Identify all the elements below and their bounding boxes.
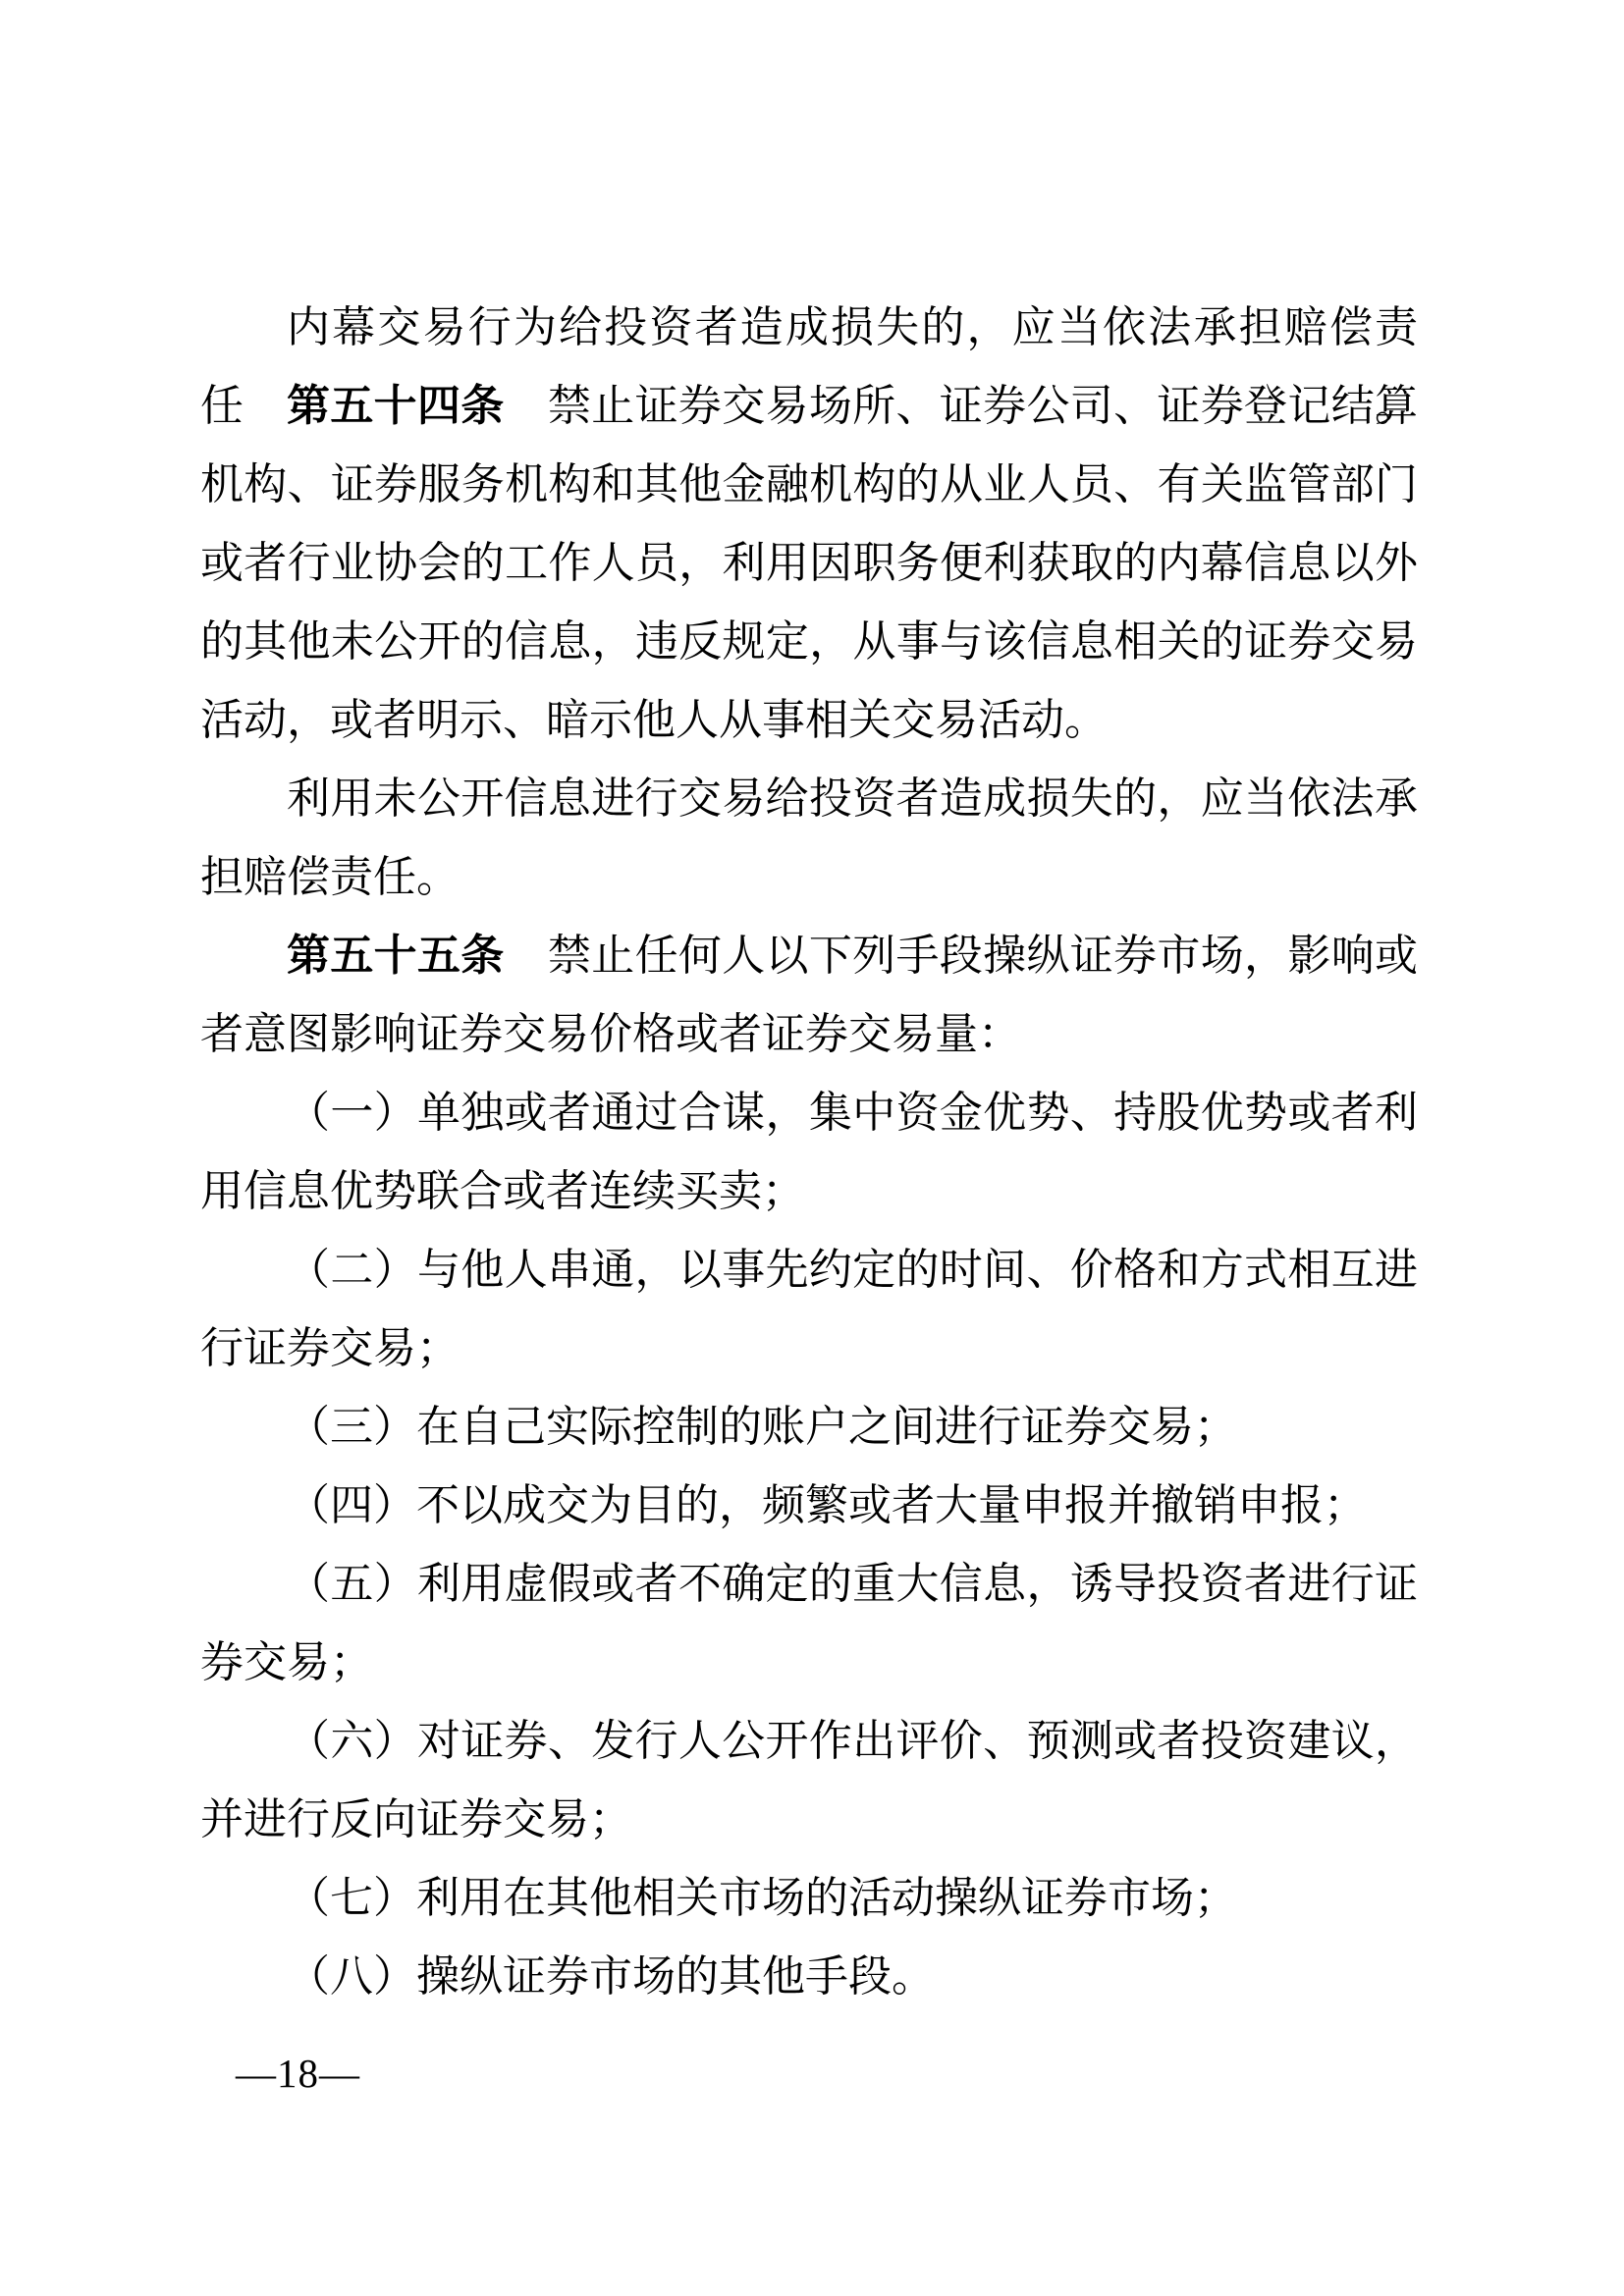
text-run: （二）与他人串通，以事先约定的时间、价格和方式相互进	[287, 1246, 1418, 1294]
text-run: 或者行业协会的工作人员，利用因职务便利获取的内幕信息以外	[200, 539, 1418, 587]
text-line: 用信息优势联合或者连续买卖；	[200, 1152, 1418, 1231]
text-run: 的其他未公开的信息，违反规定，从事与该信息相关的证券交易	[200, 617, 1418, 666]
text-line: 或者行业协会的工作人员，利用因职务便利获取的内幕信息以外	[200, 524, 1418, 603]
text-run: 利用未公开信息进行交易给投资者造成损失的，应当依法承	[287, 774, 1418, 823]
text-run: 机构、证券服务机构和其他金融机构的从业人员、有关监管部门	[200, 460, 1418, 508]
text-run: （三）在自己实际控制的账户之间进行证券交易；	[287, 1403, 1237, 1451]
text-line: （八）操纵证券市场的其他手段。	[200, 1938, 1418, 2016]
article-number: 第五十四条	[287, 382, 505, 430]
text-run: 担赔偿责任。	[200, 853, 460, 901]
text-line: 券交易；	[200, 1624, 1418, 1702]
text-run: （一）单独或者通过合谋，集中资金优势、持股优势或者利	[287, 1089, 1418, 1137]
text-line: （二）与他人串通，以事先约定的时间、价格和方式相互进	[200, 1231, 1418, 1309]
text-run: （五）利用虚假或者不确定的重大信息，诱导投资者进行证	[287, 1560, 1418, 1608]
text-run: （七）利用在其他相关市场的活动操纵证券市场；	[287, 1874, 1237, 1922]
text-line: 机构、证券服务机构和其他金融机构的从业人员、有关监管部门	[200, 446, 1418, 524]
text-line: 第五十五条 禁止任何人以下列手段操纵证券市场，影响或	[200, 917, 1418, 995]
text-line: 行证券交易；	[200, 1309, 1418, 1388]
text-line: （五）利用虚假或者不确定的重大信息，诱导投资者进行证	[200, 1545, 1418, 1624]
text-run: 券交易；	[200, 1638, 373, 1686]
text-run: （四）不以成交为目的，频繁或者大量申报并撤销申报；	[287, 1481, 1367, 1529]
text-run: （六）对证券、发行人公开作出评价、预测或者投资建议，	[287, 1717, 1418, 1765]
text-line: （四）不以成交为目的，频繁或者大量申报并撤销申报；	[200, 1467, 1418, 1545]
page-number: —18—	[236, 2054, 360, 2094]
text-line: （七）利用在其他相关市场的活动操纵证券市场；	[200, 1859, 1418, 1938]
text-run: 者意图影响证券交易价格或者证券交易量：	[200, 1010, 1021, 1058]
text-line: 的其他未公开的信息，违反规定，从事与该信息相关的证券交易	[200, 603, 1418, 681]
text-run: 禁止任何人以下列手段操纵证券市场，影响或	[505, 932, 1418, 980]
text-run: （八）操纵证券市场的其他手段。	[287, 1952, 935, 2001]
text-line: （六）对证券、发行人公开作出评价、预测或者投资建议，	[200, 1702, 1418, 1781]
text-run: 用信息优势联合或者连续买卖；	[200, 1167, 805, 1215]
text-line: 担赔偿责任。	[200, 838, 1418, 917]
text-line: 第五十四条 禁止证券交易场所、证券公司、证券登记结算	[200, 367, 1418, 446]
text-run: 禁止证券交易场所、证券公司、证券登记结算	[505, 382, 1418, 430]
text-line: （三）在自己实际控制的账户之间进行证券交易；	[200, 1388, 1418, 1467]
document-body: 内幕交易行为给投资者造成损失的，应当依法承担赔偿责任。第五十四条 禁止证券交易场…	[200, 289, 1418, 2016]
text-line: 内幕交易行为给投资者造成损失的，应当依法承担赔偿责任。	[200, 289, 1418, 367]
text-line: 并进行反向证券交易；	[200, 1781, 1418, 1859]
text-run: 活动，或者明示、暗示他人从事相关交易活动。	[200, 696, 1108, 744]
article-number: 第五十五条	[287, 932, 505, 980]
document-page: 内幕交易行为给投资者造成损失的，应当依法承担赔偿责任。第五十四条 禁止证券交易场…	[0, 0, 1624, 2296]
text-run: 行证券交易；	[200, 1324, 460, 1372]
text-line: 者意图影响证券交易价格或者证券交易量：	[200, 995, 1418, 1074]
text-line: 利用未公开信息进行交易给投资者造成损失的，应当依法承	[200, 760, 1418, 838]
text-line: （一）单独或者通过合谋，集中资金优势、持股优势或者利	[200, 1074, 1418, 1152]
text-run: 并进行反向证券交易；	[200, 1795, 632, 1843]
text-line: 活动，或者明示、暗示他人从事相关交易活动。	[200, 681, 1418, 760]
